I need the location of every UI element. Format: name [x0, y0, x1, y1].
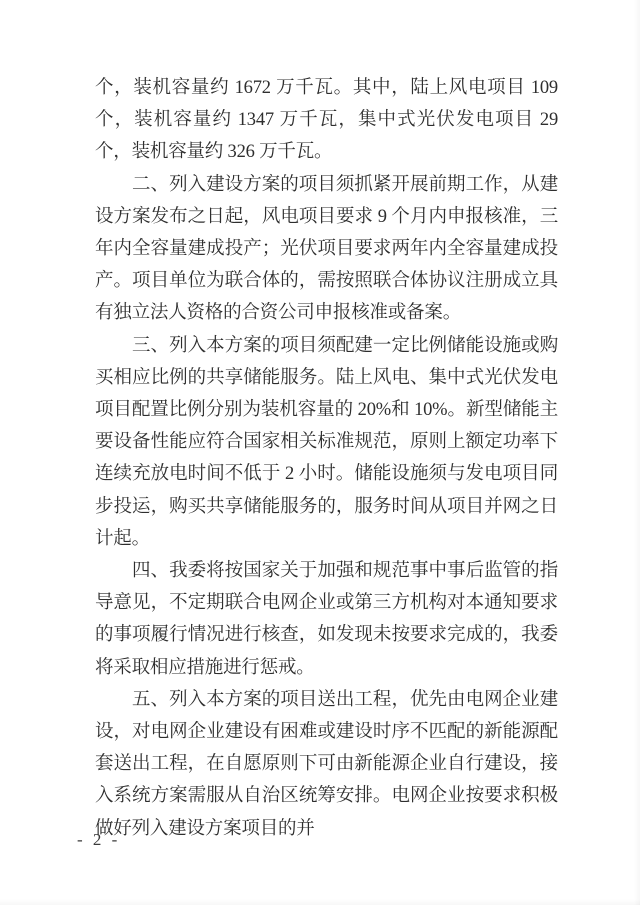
paragraph-item-3: 三、列入本方案的项目须配建一定比例储能设施或购买相应比例的共享储能服务。陆上风电… — [95, 330, 558, 555]
paragraph-continued: 个，装机容量约 1672 万千瓦。其中，陆上风电项目 109 个，装机容量约 1… — [95, 72, 558, 169]
page-content: 个，装机容量约 1672 万千瓦。其中，陆上风电项目 109 个，装机容量约 1… — [95, 72, 558, 845]
document-page: 个，装机容量约 1672 万千瓦。其中，陆上风电项目 109 个，装机容量约 1… — [0, 0, 640, 905]
paragraph-item-2: 二、列入建设方案的项目须抓紧开展前期工作，从建设方案发布之日起，风电项目要求 9… — [95, 169, 558, 330]
paragraph-item-5: 五、列入本方案的项目送出工程，优先由电网企业建设，对电网企业建设有困难或建设时序… — [95, 684, 558, 845]
paragraph-item-4: 四、我委将按国家关于加强和规范事中事后监管的指导意见，不定期联合电网企业或第三方… — [95, 555, 558, 684]
page-number: - 2 - — [77, 830, 120, 850]
